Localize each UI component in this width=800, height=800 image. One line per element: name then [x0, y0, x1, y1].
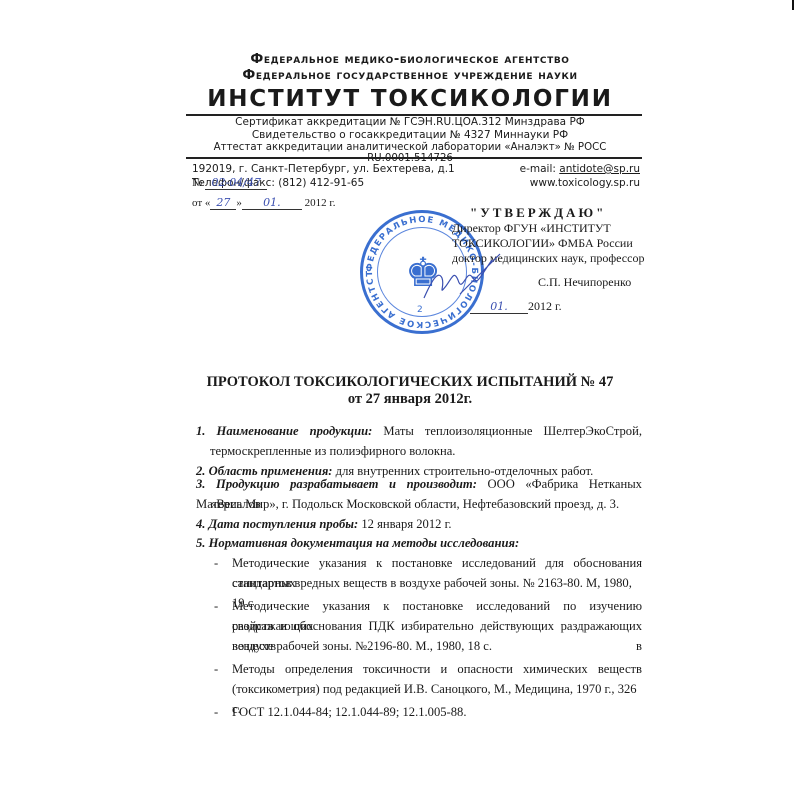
institute-name: ИНСТИТУТ ТОКСИКОЛОГИИ [180, 86, 640, 112]
item-number: 4. [196, 517, 205, 531]
bullet-dash: - [214, 705, 218, 720]
email-line: e-mail: antidote@sp.ru [520, 163, 640, 175]
bullet-3-line-1: Методы определения токсичности и опаснос… [232, 659, 642, 679]
cert-line-1: Сертификат аккредитации № ГСЭН.RU.ЦОА.31… [180, 116, 640, 128]
item-text: 12 января 2012 г. [361, 517, 451, 531]
item-1-line-2: термоскрепленные из полиэфирного волокна… [210, 441, 656, 461]
cert-line-3: Аттестат аккредитации аналитической лабо… [180, 142, 640, 164]
institution-type: Федеральное государственное учреждение н… [180, 68, 640, 83]
approval-line-2: ТОКСИКОЛОГИИ» ФМБА России [452, 236, 644, 251]
item-number: 5. [196, 536, 205, 550]
item-5: 5. Нормативная документация на методы ис… [196, 533, 642, 553]
bullet-2-line-3: воздухе рабочей зоны. №2196-80. М., 1980… [232, 636, 642, 656]
bullet-dash: - [214, 599, 218, 614]
bullet-4-line-1: ГОСТ 12.1.044-84; 12.1.044-89; 12.1.005-… [232, 702, 642, 722]
item-label: Продукцию разрабатывает и производит: [216, 477, 477, 491]
approval-date: 01.2012 г. [470, 299, 562, 314]
approval-line-1: Директор ФГУН «ИНСТИТУТ [452, 221, 644, 236]
signatory-name: С.П. Нечипоренко [538, 275, 631, 290]
email-label: e-mail: [520, 163, 560, 175]
bullet-dash: - [214, 662, 218, 677]
item-1-line-1: 1. Наименование продукции: Маты теплоизо… [196, 421, 642, 441]
approval-month: 01. [470, 300, 528, 314]
bullet-dash: - [214, 556, 218, 571]
protocol-title: ПРОТОКОЛ ТОКСИКОЛОГИЧЕСКИХ ИСПЫТАНИЙ № 4… [180, 374, 640, 391]
item-number: 1. [196, 424, 205, 438]
number-value: 02-04/47 [205, 176, 267, 190]
date-year: 2012 г. [305, 197, 336, 209]
item-4: 4. Дата поступления пробы: 12 января 201… [196, 514, 642, 534]
item-text: Маты теплоизоляционные ШелтерЭкоСтрой, [383, 424, 642, 438]
approval-title: "УТВЕРЖДАЮ" [470, 205, 606, 221]
date-month: 01. [242, 196, 302, 210]
email-link[interactable]: antidote@sp.ru [559, 163, 640, 175]
reference-number: № 02-04/47 [192, 176, 267, 190]
website-link[interactable]: www.toxicology.sp.ru [530, 177, 640, 189]
number-label: № [192, 177, 203, 189]
item-label: Нормативная документация на методы иссле… [209, 536, 520, 550]
approval-heading: "УТВЕРЖДАЮ" [470, 205, 606, 220]
date-day: 27 [210, 196, 236, 210]
item-label: Наименование продукции: [217, 424, 373, 438]
address: 192019, г. Санкт-Петербург, ул. Бехтерев… [192, 163, 455, 175]
agency-name: Федеральное медико-биологическое агентст… [180, 52, 640, 67]
header-divider-bottom [186, 157, 642, 159]
scan-edge-mark [792, 0, 794, 10]
item-label: Дата поступления пробы: [209, 517, 359, 531]
protocol-subtitle: от 27 января 2012г. [180, 391, 640, 408]
reference-date: от «27»01. 2012 г. [192, 196, 335, 210]
date-prefix: от « [192, 197, 210, 209]
item-number: 3. [196, 477, 205, 491]
item-3-line-2: «Весь Мир», г. Подольск Московской облас… [210, 494, 656, 514]
cert-line-2: Свидетельство о госаккредитации № 4327 М… [180, 129, 640, 141]
approval-year: 2012 г. [528, 299, 562, 313]
